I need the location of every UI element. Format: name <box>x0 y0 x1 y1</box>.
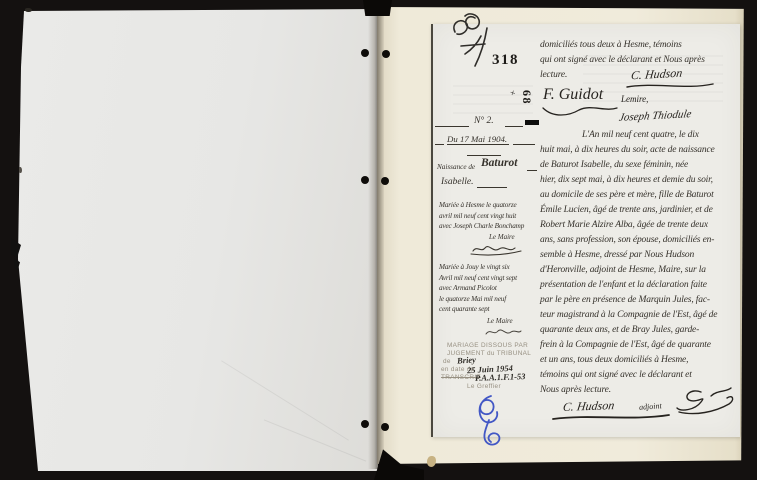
marriage-note-2-signoff: Le Maire <box>487 317 513 325</box>
act-date: Du 17 Mai 1904. <box>447 134 507 144</box>
margin-rule <box>435 126 469 127</box>
book-gutter <box>368 7 384 469</box>
right-page: 318 + 68 N° 2. Du 17 Mai 1904. Naissance… <box>377 7 746 464</box>
father-signature <box>671 386 737 420</box>
punch-hole <box>361 176 369 184</box>
punch-hole <box>361 49 369 57</box>
margin-rule <box>513 144 535 145</box>
printed-page-number: 318 <box>492 52 519 69</box>
act-firstname: Isabelle. <box>441 177 473 187</box>
margin-rule <box>477 187 507 188</box>
stamp-transcription-ref: P.A.A.1.F.1-53 <box>475 371 526 383</box>
mayor-signature-2 <box>483 325 523 339</box>
bottom-signature-note: adjoint <box>639 401 662 412</box>
officer-signature-flourish <box>625 81 715 91</box>
act-title-prefix: Naissance de <box>437 163 475 171</box>
punch-hole <box>381 423 389 431</box>
marriage-note-1-signoff: Le Maire <box>489 233 515 241</box>
marriage-note-2: Mariée à Jouy le vingt sixAvril mil neuf… <box>439 262 537 315</box>
margin-rule <box>527 170 537 171</box>
stamp-line-3-label: de <box>443 358 451 365</box>
binding-spot <box>427 456 436 467</box>
stamp-line-6: Le Greffier <box>467 383 501 390</box>
punch-hole <box>382 50 390 58</box>
margin-rule <box>467 155 501 156</box>
greffier-signature-blue <box>469 390 513 448</box>
ink-blot <box>525 120 539 125</box>
margin-rule <box>505 126 523 127</box>
rotated-act-number: 68 <box>519 90 534 105</box>
punch-hole <box>381 177 389 185</box>
stamp-line-1: MARIAGE DISSOUS PAR <box>447 342 528 349</box>
punch-hole <box>361 420 369 428</box>
witness-signature-1-flourish <box>539 104 619 118</box>
left-page <box>14 9 378 471</box>
act-surname: Baturot <box>481 157 517 169</box>
act-number: N° 2. <box>474 116 494 126</box>
act-body: L'An mil neuf cent quatre, le dixhuit ma… <box>540 128 740 398</box>
bottom-officer-flourish <box>551 412 671 422</box>
margin-rule <box>435 144 444 145</box>
witness-signature-1: F. Guidot <box>543 86 603 104</box>
gutter-notch-top <box>363 0 392 16</box>
paper-speck <box>19 167 22 173</box>
mayor-signature <box>469 241 525 257</box>
register-sheet: 318 + 68 N° 2. Du 17 Mai 1904. Naissance… <box>431 24 740 437</box>
handwritten-scribble <box>441 10 503 80</box>
paper-speck <box>25 8 32 12</box>
margin-rule <box>447 144 509 145</box>
witness-signature-1b: Lemire, <box>621 94 648 104</box>
witness-signature-2: Joseph Thiodule <box>618 108 692 124</box>
marriage-note-1: Mariée à Hesme le quatorzeavril mil neuf… <box>439 200 537 232</box>
book-scan: 318 + 68 N° 2. Du 17 Mai 1904. Naissance… <box>0 0 757 480</box>
